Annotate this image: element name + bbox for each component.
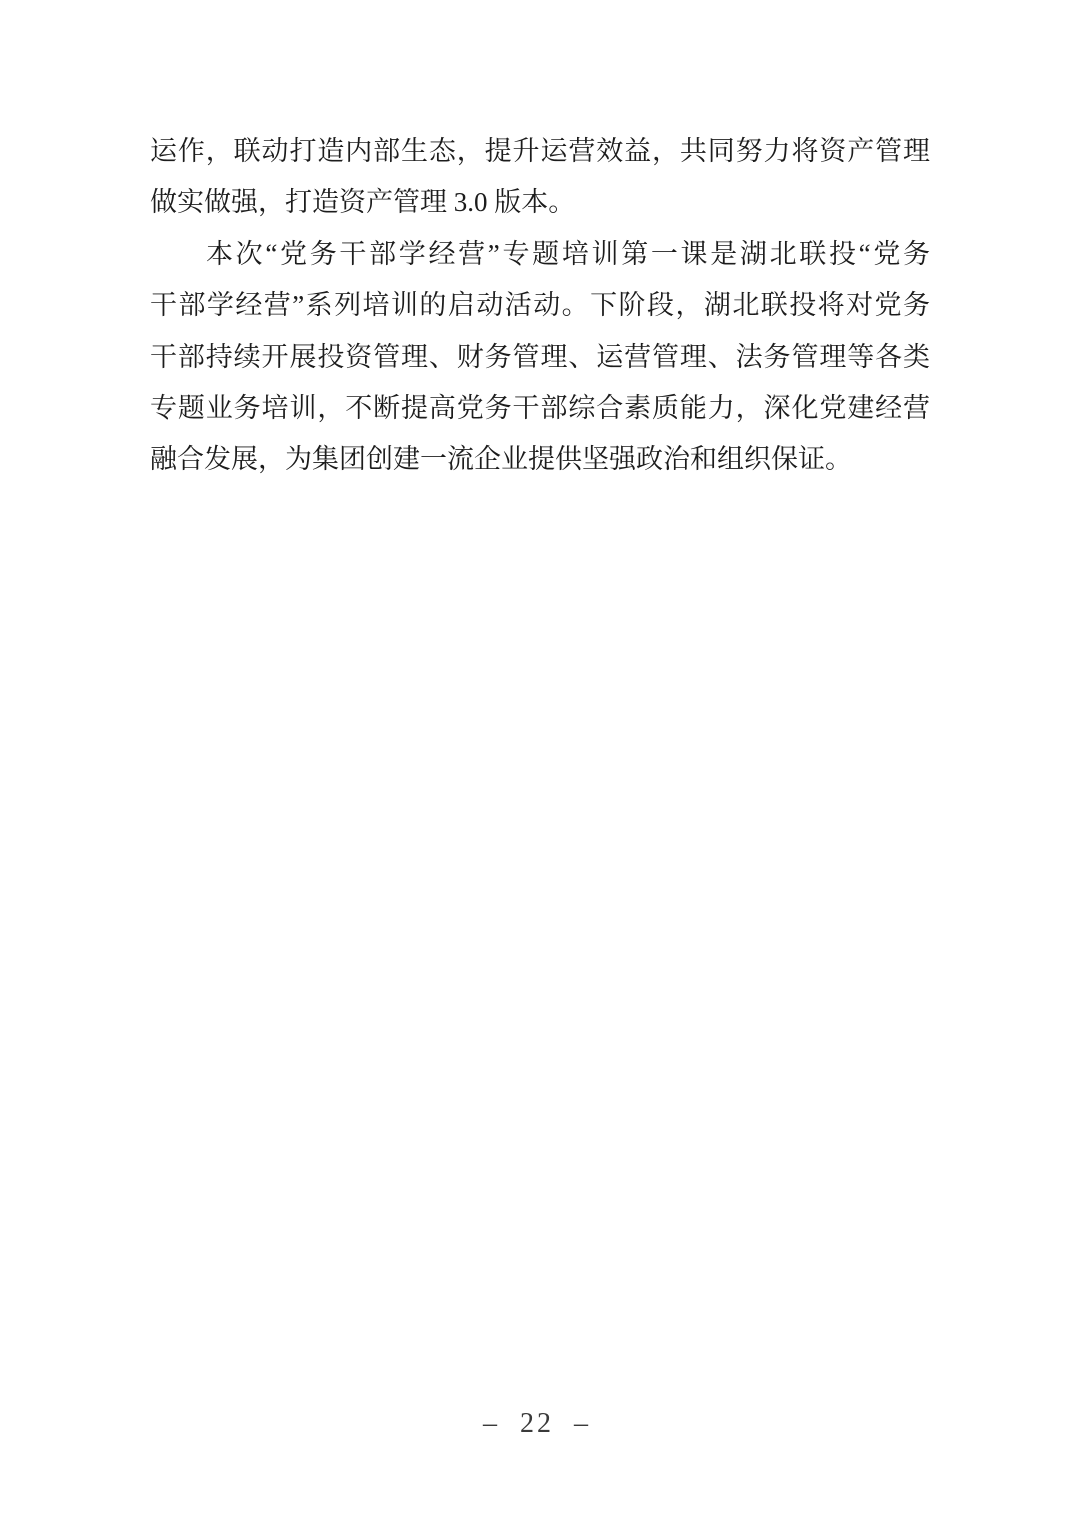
text-line-3: 本次“党务干部学经营”专题培训第一课是湖北联投“党务 xyxy=(150,229,930,280)
page-number: – 22 – xyxy=(0,1404,1074,1444)
text-line-4: 干部学经营”系列培训的启动活动。下阶段，湖北联投将对党务 xyxy=(150,280,930,331)
text-line-6: 专题业务培训，不断提高党务干部综合素质能力，深化党建经营 xyxy=(150,383,930,434)
text-line-2: 做实做强，打造资产管理 3.0 版本。 xyxy=(150,177,930,228)
text-line-5: 干部持续开展投资管理、财务管理、运营管理、法务管理等各类 xyxy=(150,332,930,383)
document-page: 运作，联动打造内部生态，提升运营效益，共同努力将资产管理 做实做强，打造资产管理… xyxy=(0,0,1074,1520)
text-line-7: 融合发展，为集团创建一流企业提供坚强政治和组织保证。 xyxy=(150,434,930,485)
text-line-1: 运作，联动打造内部生态，提升运营效益，共同努力将资产管理 xyxy=(150,126,930,177)
body-text: 运作，联动打造内部生态，提升运营效益，共同努力将资产管理 做实做强，打造资产管理… xyxy=(150,126,930,486)
